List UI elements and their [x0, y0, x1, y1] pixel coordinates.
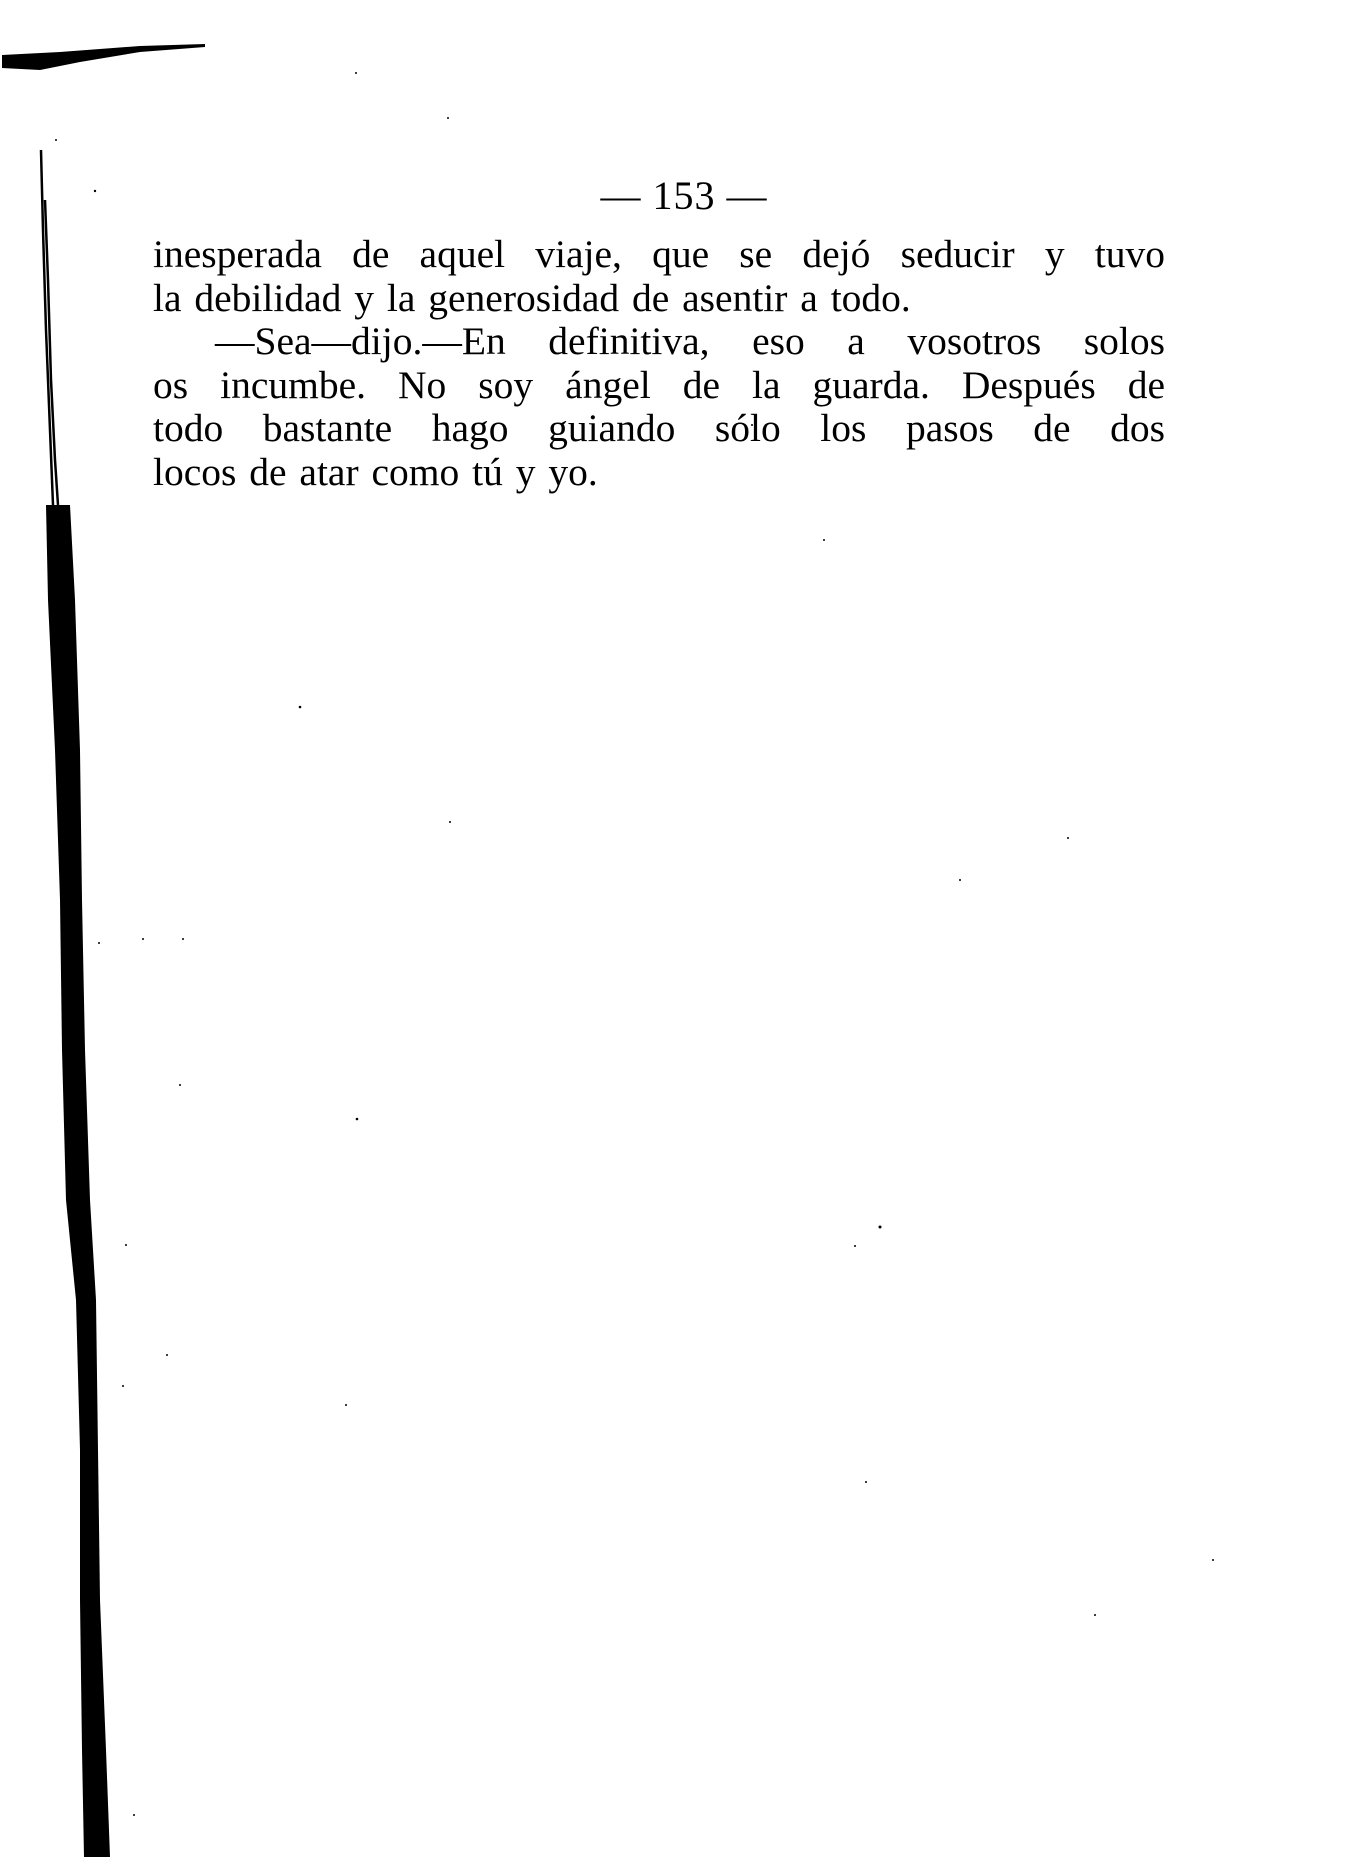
binding-line-inner — [45, 200, 58, 505]
text-line: la debilidad y la generosidad de asentir… — [153, 277, 1165, 321]
scanned-book-page: — 153 — inesperada de aquel viaje, que s… — [0, 0, 1368, 1857]
text-line: inesperada de aquel viaje, que se dejó s… — [153, 233, 1165, 277]
binding-strip — [46, 505, 110, 1857]
page-number: — 153 — — [0, 172, 1368, 220]
text-line: os incumbe. No soy ángel de la guarda. D… — [153, 364, 1165, 408]
top-ink-streak — [2, 44, 205, 70]
text-line: todo bastante hago guiando sólo los paso… — [153, 407, 1165, 451]
text-line: locos de atar como tú y yo. — [153, 451, 1165, 495]
body-text: inesperada de aquel viaje, que se dejó s… — [153, 233, 1165, 494]
paragraph-first-line: —Sea—dijo.—En definitiva, eso a vosotros… — [153, 320, 1165, 364]
